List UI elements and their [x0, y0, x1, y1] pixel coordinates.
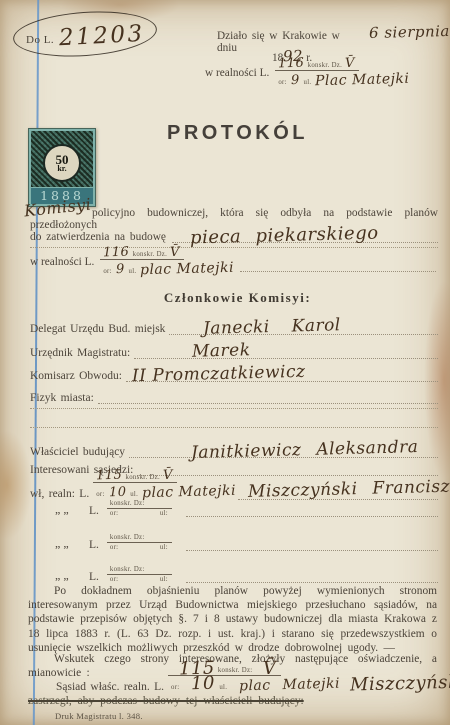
ditto-marks: „ „ [55, 536, 89, 551]
ditto-fraction: konskr. Dz: or: ul: [107, 500, 178, 517]
ditto-row: „ „ L. konskr. Dz: or: ul: [55, 500, 438, 517]
or-label: or: [110, 576, 118, 583]
dotted-line: Janecki Karol [169, 320, 438, 335]
street-name: plac Matejki [142, 483, 236, 501]
member-row-urzednik: Urzędnik Magistratu: Marek [30, 341, 438, 359]
l-label: L. [89, 571, 99, 583]
sasiad-label: Sąsiad właśc. realn. L. [56, 681, 164, 693]
or-label: or: [110, 510, 118, 517]
ul-label: ul. [130, 491, 138, 498]
date-line: Działo się w Krakowie w dniu 6 sierpnia [217, 25, 450, 54]
or-label: or: [96, 491, 104, 498]
member-row-komisarz: Komisarz Obwodu: II Promczatkiewicz [30, 364, 438, 382]
wl-realn-row: wł, realn: L. 115 konskr. Dz. V̄ or: 10 … [30, 470, 438, 500]
or-label: or: [110, 544, 118, 551]
stamp-value: 50 [56, 154, 69, 165]
street-name: plac Matejki [140, 260, 234, 278]
street-name: plac Matejki [239, 676, 340, 695]
member-label: Fizyk miasta: [30, 392, 98, 404]
ditto-fraction: konskr. Dz: or: ul: [107, 566, 178, 583]
or-label: or: [171, 684, 179, 691]
member-label: Urzędnik Magistratu: [30, 347, 134, 359]
ul-label: ul. [304, 79, 312, 86]
or-label: or: [103, 268, 111, 275]
owner-row: Właściciel budujący Janitkiewicz Aleksan… [30, 438, 438, 458]
street-name: Plac Matejki [315, 71, 410, 89]
house-number: 10 [109, 487, 127, 498]
sasiad-name-handwritten: Miszczyński Franc. [350, 670, 450, 696]
realnosc-top-line: w realności L. 116 konskr. Dz. V̄ or: 9 … [205, 58, 412, 88]
owner-name-handwritten: Janitkiewicz Aleksandra [191, 437, 419, 463]
sasiad-row: Sąsiad właśc. realn. L. 115 konskr. Dz: … [56, 663, 446, 693]
dotted-line: Marek [134, 344, 438, 359]
dotted-line [186, 568, 438, 583]
ditto-row: „ „ L. konskr. Dz: or: ul: [55, 534, 438, 551]
konskr-label: konskr. Dz: [218, 667, 253, 674]
l-label: L. [89, 539, 99, 551]
sasiad-fraction: 115 konskr. Dz: V̄ or: 10 ul. plac Matej… [168, 663, 342, 693]
realnosc-mid-label: w realności L. [30, 256, 94, 268]
ditto-marks: „ „ [55, 568, 89, 583]
ul-label: ul: [160, 544, 168, 551]
neighbor-name-handwritten: Miszczyński Franciszek [248, 476, 450, 502]
dotted-line [30, 424, 438, 428]
dotted-line [98, 389, 438, 404]
ul-label: ul: [160, 576, 168, 583]
intro-line2-printed: do zatwierdzenia na budowę [30, 231, 166, 243]
l-label: L. [89, 505, 99, 517]
dotted-line: Janitkiewicz Aleksandra [129, 443, 438, 458]
dotted-line: Miszczyński Franciszek [238, 485, 438, 500]
house-number: 10 [191, 678, 215, 690]
konskr-number: 115 [96, 470, 123, 482]
konskr-label: konskr. Dz: [110, 566, 145, 573]
wl-realn-fraction: 115 konskr. Dz. V̄ or: 10 ul. plac Matej… [93, 470, 238, 500]
konskr-label: konskr. Dz: [110, 534, 145, 541]
konskr-label: konskr. Dz. [308, 62, 342, 69]
ditto-row: „ „ L. konskr. Dz: or: ul: [55, 566, 438, 583]
member-value-handwritten: Marek [192, 340, 251, 362]
dotted-line: II Promczatkiewicz [126, 367, 438, 382]
print-shop-note: Druk Magistratu l. 348. [55, 711, 143, 721]
ditto-marks: „ „ [55, 502, 89, 517]
house-number: 9 [116, 264, 125, 275]
case-label: Do L. [26, 34, 54, 46]
ul-label: ul: [160, 510, 168, 517]
district-roman: V̄ [263, 663, 277, 674]
members-heading: Członkowie Komisyi: [60, 290, 415, 306]
house-number: 9 [291, 75, 300, 86]
paper-stain [0, 430, 32, 540]
ul-label: ul. [219, 684, 227, 691]
owner-label: Właściciel budujący [30, 446, 129, 458]
stamp-unit: kr. [57, 165, 66, 173]
konskr-number: 116 [278, 58, 305, 70]
dotted-line [30, 405, 438, 409]
district-roman: V̄ [163, 470, 173, 481]
realnosc-top-label: w realności L. [205, 67, 269, 79]
body-paragraph: Po dokładnem objaśnieniu planów powyżej … [28, 584, 437, 655]
dotted-line [186, 502, 438, 517]
dotted-line [186, 536, 438, 551]
member-row-delegat: Delegat Urzędu Bud. miejsk Janecki Karol [30, 317, 438, 335]
member-value-handwritten: Janecki Karol [203, 315, 341, 339]
stamp-value-circle: 50 kr. [43, 144, 81, 182]
member-label: Komisarz Obwodu: [30, 370, 126, 382]
district-roman: V̄ [345, 58, 355, 69]
konskr-label: konskr. Dz. [133, 251, 167, 258]
ditto-fraction: konskr. Dz: or: ul: [107, 534, 178, 551]
document-title: PROTOKÓL [60, 122, 415, 145]
dotted-line: pieca piekarskiego [172, 227, 438, 243]
dotted-line [240, 253, 436, 272]
protocol-document-page: Do L.21203 Działo się w Krakowie w dniu … [0, 0, 450, 725]
member-row-fizyk: Fizyk miasta: [30, 386, 438, 404]
realnosc-mid-line: w realności L. 116 konskr. Dz. V̄ or: 9 … [30, 247, 436, 277]
date-handwritten: 6 sierpnia [369, 22, 450, 42]
konskr-label: konskr. Dz: [110, 500, 145, 507]
case-number-block: Do L.21203 [26, 23, 145, 49]
wl-realn-label: wł, realn: L. [30, 488, 93, 500]
realnosc-top-fraction: 116 konskr. Dz. V̄ or: 9 ul. Plac Matejk… [275, 58, 412, 88]
intro-line2: do zatwierdzenia na budowę pieca piekars… [30, 227, 438, 243]
case-number: 21203 [59, 21, 146, 51]
konskr-number: 116 [103, 247, 130, 259]
realnosc-mid-fraction: 116 konskr. Dz. V̄ or: 9 ul. plac Matejk… [100, 247, 236, 277]
or-label: or: [278, 79, 286, 86]
struck-through-text: zastrzegł, aby podczas budowy tej właści… [28, 695, 304, 707]
district-roman: V̄ [170, 247, 180, 258]
ul-label: ul. [129, 268, 137, 275]
member-label: Delegat Urzędu Bud. miejsk [30, 323, 169, 335]
member-value-handwritten: II Promczatkiewicz [132, 362, 306, 387]
konskr-label: konskr. Dz. [126, 474, 160, 481]
